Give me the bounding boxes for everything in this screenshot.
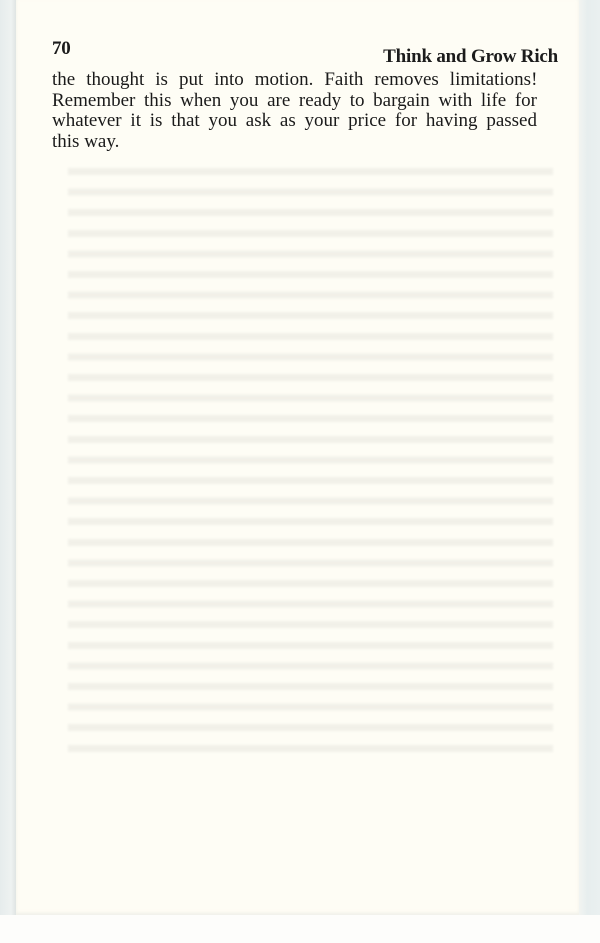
page-number: 70 [52, 38, 70, 60]
show-through-texture [68, 160, 553, 760]
body-line: this way. [52, 132, 537, 153]
running-head-title: Think and Grow Rich [383, 46, 558, 68]
body-line: the thought is put into motion. Faith re… [52, 70, 537, 91]
scanned-page: 70 Think and Grow Rich the thought is pu… [0, 0, 600, 943]
body-line: whatever it is that you ask as your pric… [52, 111, 537, 132]
body-paragraph: the thought is put into motion. Faith re… [52, 70, 537, 152]
scan-edge-left [0, 0, 16, 915]
body-line: Remember this when you are ready to barg… [52, 91, 537, 112]
scan-edge-right [579, 0, 600, 915]
